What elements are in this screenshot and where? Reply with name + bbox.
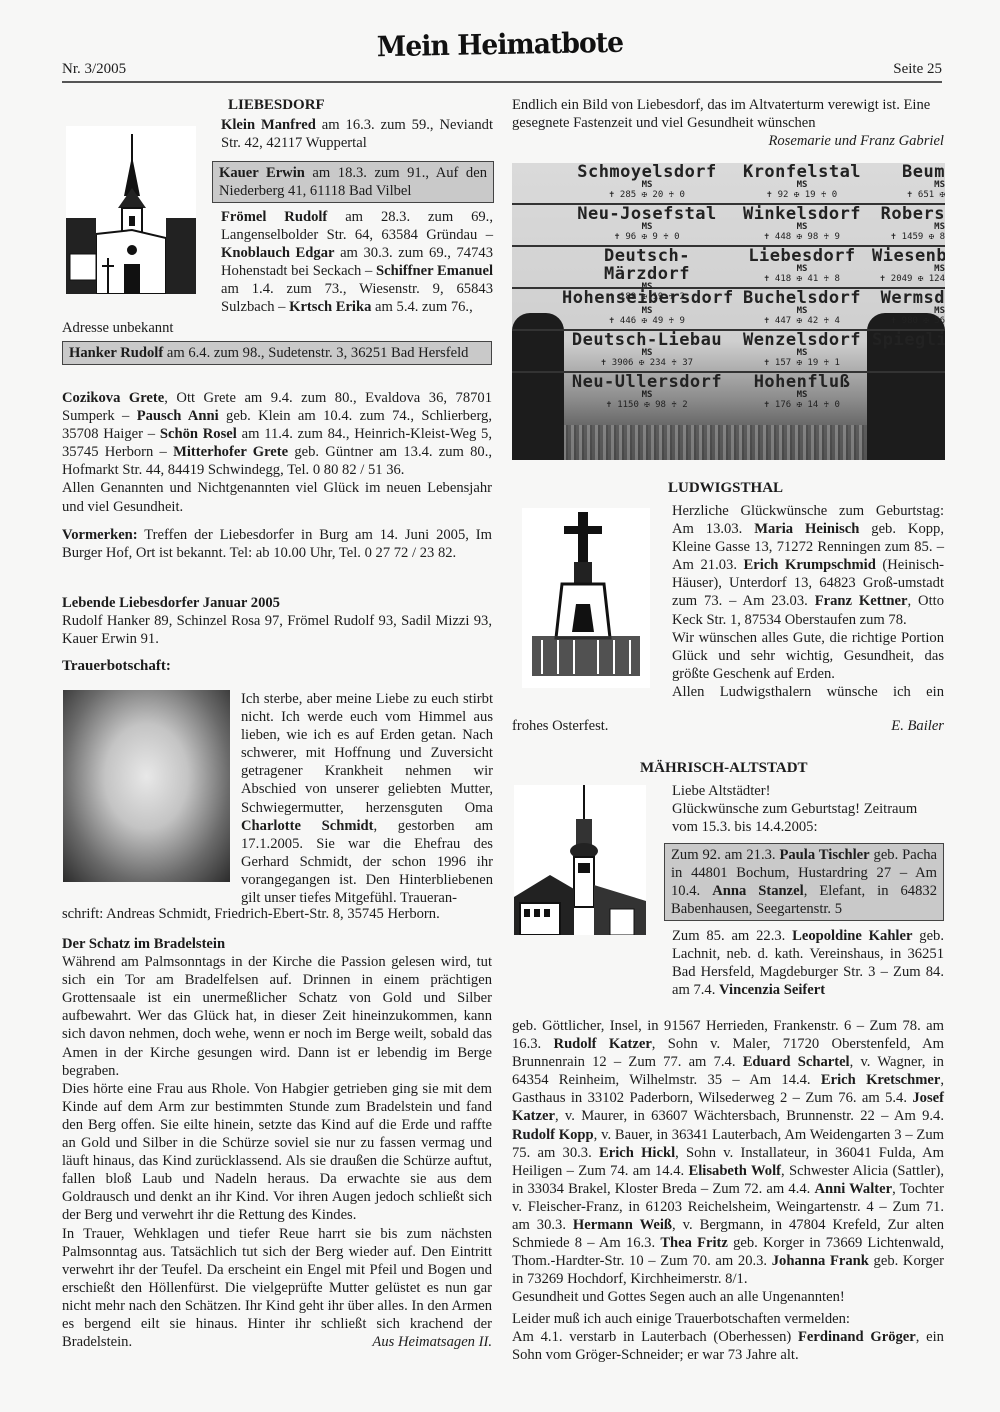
legend-article: Der Schatz im Bradelstein Während am Pal… — [62, 935, 492, 1351]
highlight-box-hanker-rudolf: Hanker Rudolf am 6.4. zum 98., Sudetenst… — [62, 341, 492, 365]
highlight-box-kauer-erwin: Kauer Erwin am 18.3. zum 91., Auf den Ni… — [212, 161, 494, 203]
legend-paragraph-3: In Trauer, Wehklagen und tiefer Reue har… — [62, 1225, 492, 1352]
legend-title: Der Schatz im Bradelstein — [62, 935, 492, 953]
living-residents-block: Lebende Liebesdorfer Januar 2005 Rudolf … — [62, 594, 492, 648]
plaque-row: Neu-JosefstalMS✝ 96 ✠ 9 ♰ 0 WinkelsdorfM… — [512, 205, 945, 247]
altstadt-greeting: Liebe Altstädter! — [672, 782, 944, 800]
mourning-address: schrift: Andreas Schmidt, Friedrich-Eber… — [62, 905, 493, 923]
altstadt-birthday-list: geb. Göttlicher, Insel, in 91567 Herried… — [512, 1017, 944, 1307]
church-icon — [66, 126, 196, 294]
cross-icon — [522, 508, 650, 688]
plaque-row: HohenseibersdorfMS✝ 446 ✠ 49 ♰ 9 Buchels… — [512, 289, 945, 331]
ludwigsthal-easter-line: Allen Ludwigsthalern wünsche ich ein — [672, 683, 944, 701]
altvaterturm-plaque-photo: SchmoyelsdorfMS✝ 285 ✠ 20 ♰ 0 Kronfelsta… — [512, 163, 945, 460]
church-illustration — [66, 126, 196, 294]
ludwigsthal-easter-end: frohes Osterfest. — [512, 717, 608, 735]
birthday-entries-group: Frömel Rudolf am 28.3. zum 69., Langense… — [221, 208, 493, 317]
address-unknown-note: Adresse unbekannt — [62, 319, 173, 337]
reminder-paragraph: Vormerken: Treffen der Liebesdorfer in B… — [62, 526, 492, 562]
ludwigsthal-wishes: Wir wünschen alles Gute, die richtige Po… — [672, 629, 944, 683]
living-residents-list: Rudolf Hanker 89, Schinzel Rosa 97, Fröm… — [62, 612, 492, 648]
mourning-text: Ich sterbe, aber meine Liebe zu euch sti… — [241, 690, 493, 907]
altstadt-intro: Liebe Altstädter! Glückwünsche zum Gebur… — [672, 782, 944, 836]
mourning-title: Trauerbotschaft: — [62, 657, 171, 675]
altvater-intro: Endlich ein Bild von Liebesdorf, das im … — [512, 96, 944, 150]
plaque-row: Deutsch-MärzdorfMS✝ 189 ✠ 19 ♰ 2 Liebesd… — [512, 247, 945, 289]
living-residents-title: Lebende Liebesdorfer Januar 2005 — [62, 594, 492, 612]
birthday-paragraph-2: Cozikova Grete, Ott Grete am 9.4. zum 80… — [62, 389, 492, 516]
section-title-altstadt: MÄHRISCH-ALTSTADT — [640, 759, 808, 777]
condolence-intro: Leider muß ich auch einige Trauerbotscha… — [512, 1310, 944, 1328]
masthead-logo: Mein Heimatbote — [25, 27, 975, 63]
ludwigsthal-birthdays: Herzliche Glückwünsche zum Geburtstag: A… — [672, 502, 944, 701]
portrait-photo-charlotte-schmidt — [63, 690, 230, 882]
legend-paragraph-1: Während am Palmsonntags in der Kirche di… — [62, 953, 492, 1080]
town-church-illustration — [514, 785, 646, 935]
legend-paragraph-2: Dies hörte eine Frau aus Rhole. Von Habg… — [62, 1080, 492, 1225]
issue-number: Nr. 3/2005 — [62, 60, 126, 78]
page-number: Seite 25 — [893, 60, 942, 78]
plaque-row: Deutsch-LiebauMS✝ 3906 ✠ 234 ♰ 37 Wenzel… — [512, 331, 945, 373]
highlight-box-altstadt: Zum 92. am 21.3. Paula Tischler geb. Pac… — [664, 843, 944, 921]
birthday-entry-klein-manfred: Klein Manfred am 16.3. zum 59., Neviandt… — [221, 116, 493, 152]
wayside-cross-illustration — [522, 508, 650, 688]
altstadt-closing: Gesundheit und Gottes Segen auch an alle… — [512, 1288, 944, 1306]
wishes-text: Allen Genannten und Nichtgenannten viel … — [62, 479, 492, 515]
header-rule — [62, 81, 942, 83]
section-title-liebesdorf: LIEBESDORF — [228, 96, 325, 114]
plaque-row: Neu-UllersdorfMS✝ 1150 ✠ 98 ♰ 2 Hohenflu… — [512, 373, 945, 413]
plaque-row: SchmoyelsdorfMS✝ 285 ✠ 20 ♰ 0 Kronfelsta… — [512, 163, 945, 205]
section-title-ludwigsthal: LUDWIGSTHAL — [668, 479, 783, 497]
altvater-text: Endlich ein Bild von Liebesdorf, das im … — [512, 96, 944, 132]
ludwigsthal-signature: E. Bailer — [780, 717, 944, 735]
altstadt-period: Glückwünsche zum Geburtstag! Zeitraum vo… — [672, 800, 944, 836]
altvater-signature: Rosemarie und Franz Gabriel — [512, 132, 944, 150]
altstadt-condolences: Leider muß ich auch einige Trauerbotscha… — [512, 1310, 944, 1364]
tower-icon — [514, 785, 646, 935]
altstadt-birthday-list-top: Zum 85. am 22.3. Leopoldine Kahler geb. … — [672, 927, 944, 999]
